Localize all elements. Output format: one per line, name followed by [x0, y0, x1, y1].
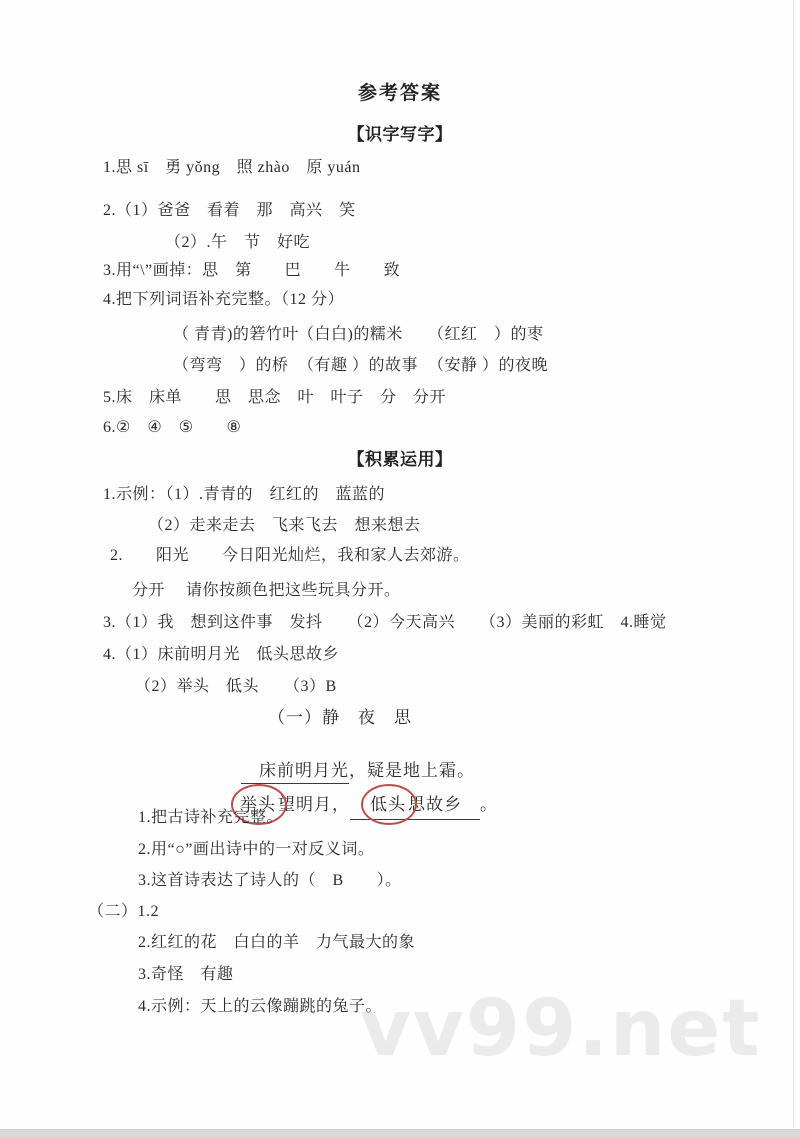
word-fill-row-2: （弯弯 ）的桥 （有趣 ）的故事 （安静 ）的夜晚 — [173, 356, 733, 377]
poem-line-2: 举头望明月， 低头思故乡 。 — [217, 770, 498, 842]
answer-line-q2-1: 2.（1）爸爸 看着 那 高兴 笑 — [103, 201, 356, 222]
answer-line-part2-q3: 3.奇怪 有趣 — [138, 965, 234, 986]
answer-line-acc-q2-2: 分开 请你按颜色把这些玩具分开。 — [132, 581, 401, 602]
section-header-literacy: 【识字写字】 — [0, 124, 800, 146]
answer-line-acc-q2-1: 2. 阳光 今日阳光灿烂，我和家人去郊游。 — [110, 546, 470, 567]
watermark-text: vv99.net — [360, 984, 762, 1074]
word-fill-item: （白白)的糯米 — [298, 325, 428, 346]
answer-line-q4: 4.把下列词语补充完整。（12 分） — [103, 290, 344, 311]
answer-line-acc-q1-1: 1.示例：（1）.青青的 红红的 蓝蓝的 — [103, 485, 385, 506]
circled-word-ditou: 低头 — [370, 795, 406, 814]
answer-line-part2-q4: 4.示例：天上的云像蹦跳的兔子。 — [138, 997, 382, 1018]
poem-line-2-end: 。 — [480, 795, 498, 814]
answer-line-poem-sub2: 2.用“○”画出诗中的一对反义词。 — [138, 840, 374, 861]
answer-line-acc-q3: 3.（1）我 想到这件事 发抖 （2）今天高兴 （3）美丽的彩虹 4.睡觉 — [103, 613, 667, 634]
word-fill-row-1: （ 青青)的箬竹叶 （白白)的糯米 （红红 ）的枣 — [173, 325, 733, 346]
poem-title: （一）静 夜 思 — [268, 707, 412, 729]
page-title: 参考答案 — [0, 82, 800, 107]
word-fill-item: （红红 ）的枣 — [428, 325, 544, 346]
answer-sheet-page: vv99.net 参考答案 【识字写字】 1.思 sī 勇 yǒng 照 zhà… — [0, 0, 800, 1137]
poem-line-2-mid: 望明月， — [278, 795, 350, 814]
answer-line-acc-q1-2: （2）走来走去 飞来飞去 想来想去 — [148, 516, 421, 537]
page-edge-line — [793, 0, 794, 1128]
answer-line-q3: 3.用“\”画掉：思 第 巴 牛 致 — [103, 261, 400, 282]
answer-line-acc-q4-2: （2）举头 低头 （3）B — [135, 677, 337, 698]
answer-line-q5: 5.床 床单 思 思念 叶 叶子 分 分开 — [103, 388, 446, 409]
answer-line-q1: 1.思 sī 勇 yǒng 照 zhào 原 yuán — [103, 158, 360, 179]
answer-line-part2-head: （二）1.2 — [88, 902, 159, 923]
word-fill-item: （安静 ）的夜晚 — [428, 356, 548, 377]
answer-line-q6: 6.② ④ ⑤ ⑧ — [103, 418, 241, 439]
red-circle-annotation: 低头 — [361, 784, 417, 825]
word-fill-item: （有趣 ）的故事 — [298, 356, 428, 377]
answer-line-poem-sub1: 1.把古诗补充完整。 — [138, 808, 283, 829]
word-fill-item: （ 青青)的箬竹叶 — [173, 325, 298, 346]
section-header-accumulation: 【积累运用】 — [0, 449, 800, 471]
poem-underlined-answer-2: 低头思故乡 — [350, 792, 480, 820]
answer-line-acc-q4-1: 4.（1）床前明月光 低头思故乡 — [103, 645, 339, 666]
answer-line-poem-sub3: 3.这首诗表达了诗人的（ B ）。 — [138, 871, 402, 892]
word-fill-item: （弯弯 ）的桥 — [173, 356, 298, 377]
answer-line-part2-q2: 2.红红的花 白白的羊 力气最大的象 — [138, 933, 415, 954]
poem-underline-rest: 思故乡 — [408, 795, 480, 814]
page-bottom-edge — [0, 1129, 800, 1137]
answer-line-q2-2: （2）.午 节 好吃 — [165, 233, 310, 254]
